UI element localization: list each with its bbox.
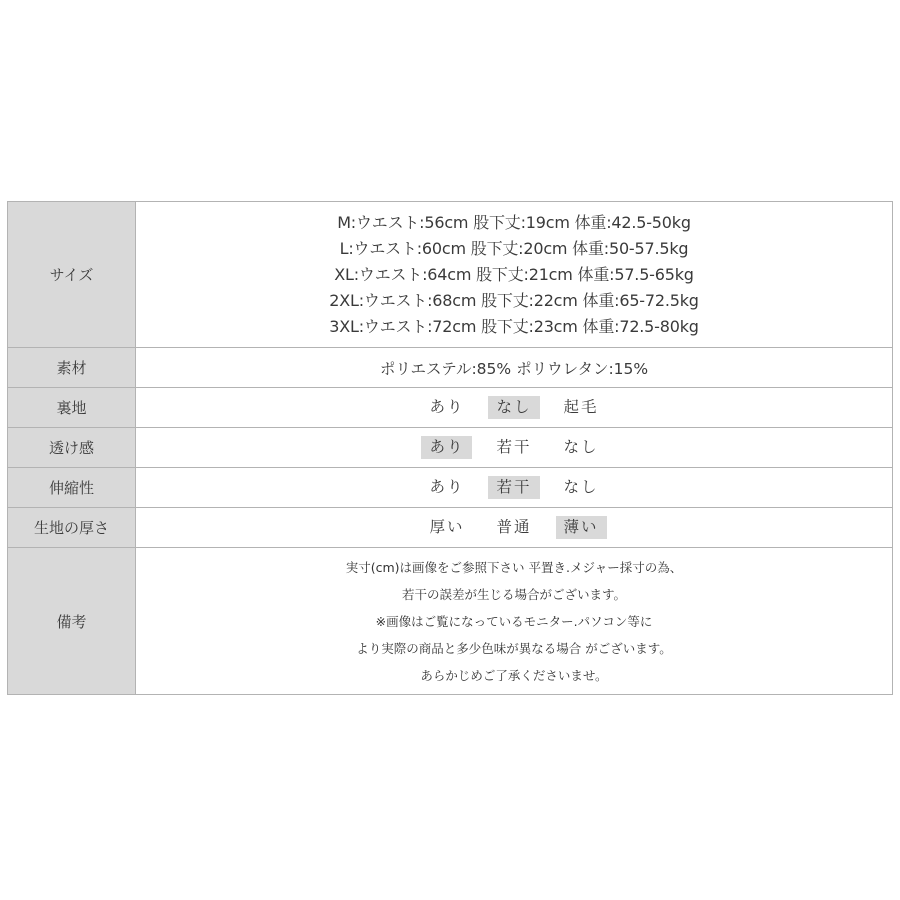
note-line-4: より実際の商品と多少色味が異なる場合 がございます。 — [136, 635, 892, 662]
material-value: ポリエステル:85% ポリウレタン:15% — [136, 348, 893, 388]
size-line-xl: XL:ウエスト:64cm 股下丈:21cm 体重:57.5-65kg — [136, 262, 892, 288]
notes-row: 備考 実寸(cm)は画像をご参照下さい 平置き.メジャー採寸の為、 若干の誤差が… — [8, 548, 893, 695]
material-row: 素材 ポリエステル:85% ポリウレタン:15% — [8, 348, 893, 388]
notes-values: 実寸(cm)は画像をご参照下さい 平置き.メジャー採寸の為、 若干の誤差が生じる… — [136, 548, 893, 695]
stretch-option-jakkan-selected: 若干 — [488, 476, 539, 499]
stretch-options: あり 若干 なし — [136, 468, 893, 508]
sheerness-option-nashi: なし — [556, 436, 607, 459]
note-line-2: 若干の誤差が生じる場合がございます。 — [136, 581, 892, 608]
size-values: M:ウエスト:56cm 股下丈:19cm 体重:42.5-50kg L:ウエスト… — [136, 202, 893, 348]
stretch-label: 伸縮性 — [8, 468, 136, 508]
size-line-3xl: 3XL:ウエスト:72cm 股下丈:23cm 体重:72.5-80kg — [136, 314, 892, 340]
size-line-2xl: 2XL:ウエスト:68cm 股下丈:22cm 体重:65-72.5kg — [136, 288, 892, 314]
sheerness-options: あり 若干 なし — [136, 428, 893, 468]
lining-option-kimou: 起毛 — [556, 396, 607, 419]
stretch-option-nashi: なし — [556, 476, 607, 499]
size-row: サイズ M:ウエスト:56cm 股下丈:19cm 体重:42.5-50kg L:… — [8, 202, 893, 348]
note-line-5: あらかじめご了承くださいませ。 — [136, 662, 892, 689]
thickness-option-usui-selected: 薄い — [556, 516, 607, 539]
lining-options: あり なし 起毛 — [136, 388, 893, 428]
size-line-l: L:ウエスト:60cm 股下丈:20cm 体重:50-57.5kg — [136, 236, 892, 262]
thickness-option-atsui: 厚い — [421, 516, 472, 539]
note-line-3: ※画像はご覧になっているモニター.パソコン等に — [136, 608, 892, 635]
product-spec-table: サイズ M:ウエスト:56cm 股下丈:19cm 体重:42.5-50kg L:… — [7, 201, 893, 695]
sheerness-label: 透け感 — [8, 428, 136, 468]
lining-option-nashi-selected: なし — [488, 396, 539, 419]
sheerness-row: 透け感 あり 若干 なし — [8, 428, 893, 468]
lining-label: 裏地 — [8, 388, 136, 428]
note-line-1: 実寸(cm)は画像をご参照下さい 平置き.メジャー採寸の為、 — [136, 554, 892, 581]
size-line-m: M:ウエスト:56cm 股下丈:19cm 体重:42.5-50kg — [136, 210, 892, 236]
thickness-label: 生地の厚さ — [8, 508, 136, 548]
size-label: サイズ — [8, 202, 136, 348]
thickness-row: 生地の厚さ 厚い 普通 薄い — [8, 508, 893, 548]
material-label: 素材 — [8, 348, 136, 388]
lining-row: 裏地 あり なし 起毛 — [8, 388, 893, 428]
thickness-options: 厚い 普通 薄い — [136, 508, 893, 548]
stretch-row: 伸縮性 あり 若干 なし — [8, 468, 893, 508]
sheerness-option-jakkan: 若干 — [488, 436, 539, 459]
notes-label: 備考 — [8, 548, 136, 695]
sheerness-option-ari-selected: あり — [421, 436, 472, 459]
thickness-option-futsuu: 普通 — [488, 516, 539, 539]
lining-option-ari: あり — [421, 396, 472, 419]
stretch-option-ari: あり — [421, 476, 472, 499]
